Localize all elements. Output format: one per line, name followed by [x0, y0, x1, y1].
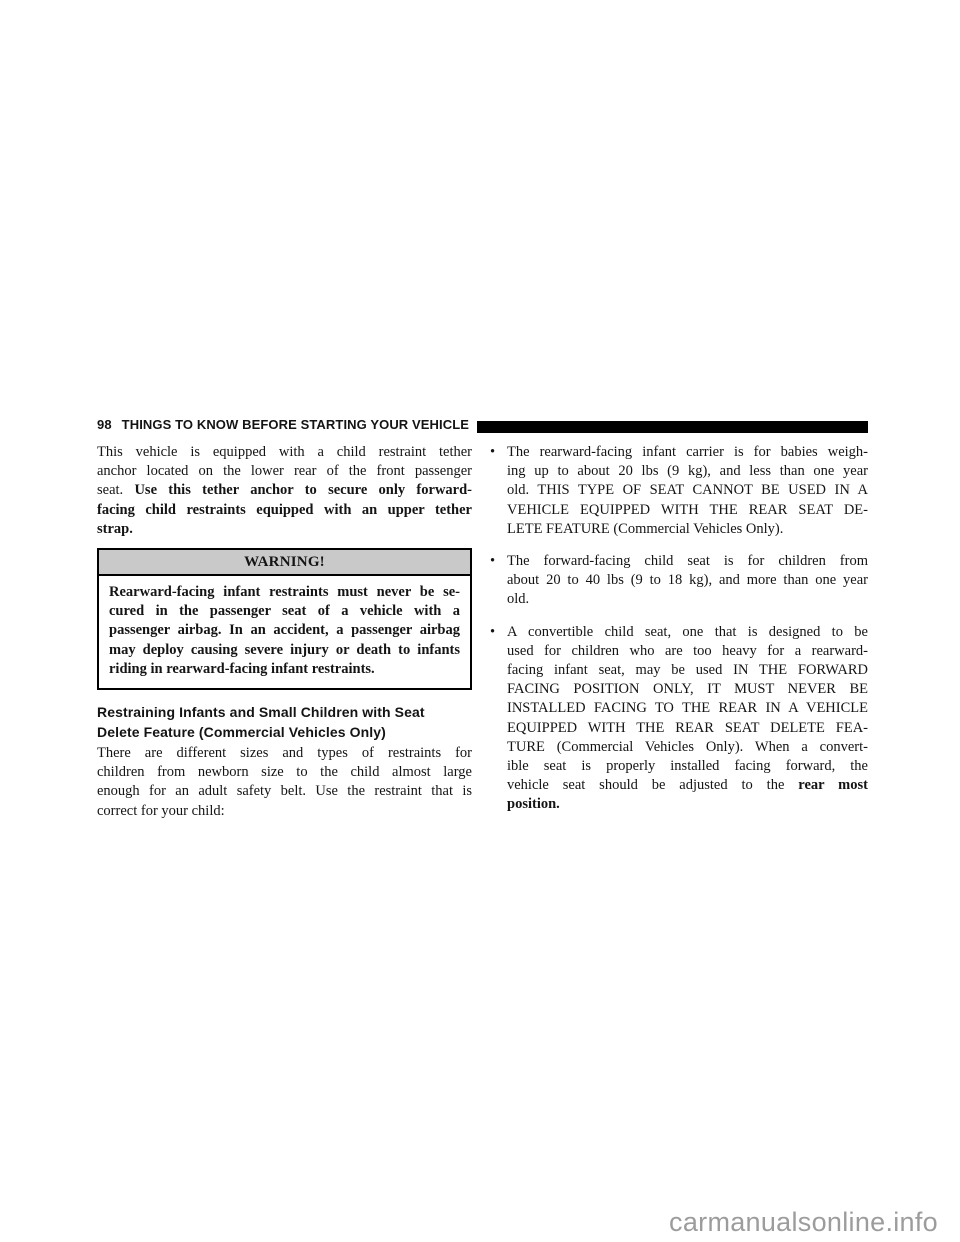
- text-segment: TURE (Commercial Vehicles Only). When a …: [507, 739, 868, 755]
- bullet-text: A convertible child seat, one that is de…: [507, 623, 868, 815]
- text-segment: correct for your child:: [97, 803, 225, 819]
- text-line: correct for your child:: [97, 802, 472, 821]
- text-segment: anchor located on the lower rear of the …: [97, 463, 472, 479]
- text-line: A convertible child seat, one that is de…: [507, 623, 868, 642]
- page-header: 98 THINGS TO KNOW BEFORE STARTING YOUR V…: [97, 417, 868, 433]
- manual-page: 98 THINGS TO KNOW BEFORE STARTING YOUR V…: [0, 0, 960, 1242]
- text-segment: There are different sizes and types of r…: [97, 745, 472, 761]
- header-divider-bar: [477, 421, 868, 433]
- bullet-icon: •: [490, 552, 507, 610]
- text-segment: This vehicle is equipped with a child re…: [97, 444, 472, 460]
- bullet-text: The forward-facing child seat is for chi…: [507, 552, 868, 610]
- warning-box: WARNING! Rearward-facing infant restrain…: [97, 548, 472, 690]
- bullet-item: •The forward-facing child seat is for ch…: [490, 552, 868, 610]
- watermark: carmanualsonline.info: [669, 1207, 938, 1237]
- text-segment: may deploy causing severe injury or deat…: [109, 642, 460, 658]
- text-segment: rear most: [798, 777, 868, 793]
- text-segment: Use this tether anchor to secure only fo…: [134, 482, 472, 498]
- text-line: EQUIPPED WITH THE REAR SEAT DELETE FEA-: [507, 719, 868, 738]
- text-line: used for children who are too heavy for …: [507, 642, 868, 661]
- intro-paragraph: This vehicle is equipped with a child re…: [97, 443, 472, 539]
- text-segment: The forward-facing child seat is for chi…: [507, 553, 868, 569]
- text-line: Rearward-facing infant restraints must n…: [109, 583, 460, 602]
- text-segment: cured in the passenger seat of a vehicle…: [109, 603, 460, 619]
- text-segment: INSTALLED FACING TO THE REAR IN A VEHICL…: [507, 700, 868, 716]
- text-line: INSTALLED FACING TO THE REAR IN A VEHICL…: [507, 699, 868, 718]
- text-segment: children from newborn size to the child …: [97, 764, 472, 780]
- bullet-icon: •: [490, 623, 507, 815]
- text-line: LETE FEATURE (Commercial Vehicles Only).: [507, 520, 868, 539]
- text-segment: riding in rearward-facing infant restrai…: [109, 661, 375, 677]
- text-segment: A convertible child seat, one that is de…: [507, 624, 868, 640]
- text-line: vehicle seat should be adjusted to the r…: [507, 776, 868, 795]
- section-heading-line1: Restraining Infants and Small Children w…: [97, 703, 472, 723]
- text-line: FACING POSITION ONLY, IT MUST NEVER BE: [507, 680, 868, 699]
- text-segment: The rearward-facing infant carrier is fo…: [507, 444, 868, 460]
- text-line: old. THIS TYPE OF SEAT CANNOT BE USED IN…: [507, 481, 868, 500]
- text-line: children from newborn size to the child …: [97, 763, 472, 782]
- text-segment: ible seat is properly installed facing f…: [507, 758, 868, 774]
- section-heading: Restraining Infants and Small Children w…: [97, 703, 472, 742]
- text-segment: enough for an adult safety belt. Use the…: [97, 783, 472, 799]
- text-line: facing child restraints equipped with an…: [97, 501, 472, 520]
- text-line: anchor located on the lower rear of the …: [97, 462, 472, 481]
- text-line: TURE (Commercial Vehicles Only). When a …: [507, 738, 868, 757]
- text-segment: LETE FEATURE (Commercial Vehicles Only).: [507, 521, 783, 537]
- bullet-item: •The rearward-facing infant carrier is f…: [490, 443, 868, 539]
- text-segment: FACING POSITION ONLY, IT MUST NEVER BE: [507, 681, 868, 697]
- text-line: facing infant seat, may be used IN THE F…: [507, 661, 868, 680]
- section-paragraph: There are different sizes and types of r…: [97, 744, 472, 821]
- text-line: about 20 to 40 lbs (9 to 18 kg), and mor…: [507, 571, 868, 590]
- left-column: This vehicle is equipped with a child re…: [97, 443, 472, 828]
- text-segment: position.: [507, 796, 560, 812]
- page-body: This vehicle is equipped with a child re…: [97, 443, 868, 828]
- text-segment: Rearward-facing infant restraints must n…: [109, 584, 460, 600]
- section-heading-line2: Delete Feature (Commercial Vehicles Only…: [97, 723, 472, 743]
- chapter-title: THINGS TO KNOW BEFORE STARTING YOUR VEHI…: [122, 417, 469, 433]
- right-column: •The rearward-facing infant carrier is f…: [490, 443, 868, 828]
- text-line: ing up to about 20 lbs (9 kg), and less …: [507, 462, 868, 481]
- bullet-icon: •: [490, 443, 507, 539]
- warning-title: WARNING!: [99, 550, 470, 576]
- page-number: 98: [97, 417, 112, 433]
- text-segment: old.: [507, 591, 529, 607]
- text-segment: EQUIPPED WITH THE REAR SEAT DELETE FEA-: [507, 720, 868, 736]
- text-segment: facing infant seat, may be used IN THE F…: [507, 662, 868, 678]
- text-line: passenger airbag. In an accident, a pass…: [109, 621, 460, 640]
- text-line: old.: [507, 590, 868, 609]
- bullet-list: •The rearward-facing infant carrier is f…: [490, 443, 868, 815]
- text-line: This vehicle is equipped with a child re…: [97, 443, 472, 462]
- text-line: strap.: [97, 520, 472, 539]
- text-segment: old. THIS TYPE OF SEAT CANNOT BE USED IN…: [507, 482, 868, 498]
- text-segment: ing up to about 20 lbs (9 kg), and less …: [507, 463, 868, 479]
- text-line: cured in the passenger seat of a vehicle…: [109, 602, 460, 621]
- text-line: may deploy causing severe injury or deat…: [109, 641, 460, 660]
- text-segment: about 20 to 40 lbs (9 to 18 kg), and mor…: [507, 572, 868, 588]
- text-segment: strap.: [97, 521, 133, 537]
- warning-body: Rearward-facing infant restraints must n…: [99, 576, 470, 688]
- text-segment: vehicle seat should be adjusted to the: [507, 777, 798, 793]
- text-line: riding in rearward-facing infant restrai…: [109, 660, 460, 679]
- text-line: The forward-facing child seat is for chi…: [507, 552, 868, 571]
- text-segment: passenger airbag. In an accident, a pass…: [109, 622, 460, 638]
- text-segment: used for children who are too heavy for …: [507, 643, 868, 659]
- text-line: ible seat is properly installed facing f…: [507, 757, 868, 776]
- text-segment: facing child restraints equipped with an…: [97, 502, 472, 518]
- text-line: position.: [507, 795, 868, 814]
- text-line: seat. Use this tether anchor to secure o…: [97, 481, 472, 500]
- text-line: enough for an adult safety belt. Use the…: [97, 782, 472, 801]
- bullet-item: •A convertible child seat, one that is d…: [490, 623, 868, 815]
- text-line: VEHICLE EQUIPPED WITH THE REAR SEAT DE-: [507, 501, 868, 520]
- text-segment: seat.: [97, 482, 134, 498]
- text-segment: VEHICLE EQUIPPED WITH THE REAR SEAT DE-: [507, 502, 868, 518]
- bullet-text: The rearward-facing infant carrier is fo…: [507, 443, 868, 539]
- text-line: There are different sizes and types of r…: [97, 744, 472, 763]
- text-line: The rearward-facing infant carrier is fo…: [507, 443, 868, 462]
